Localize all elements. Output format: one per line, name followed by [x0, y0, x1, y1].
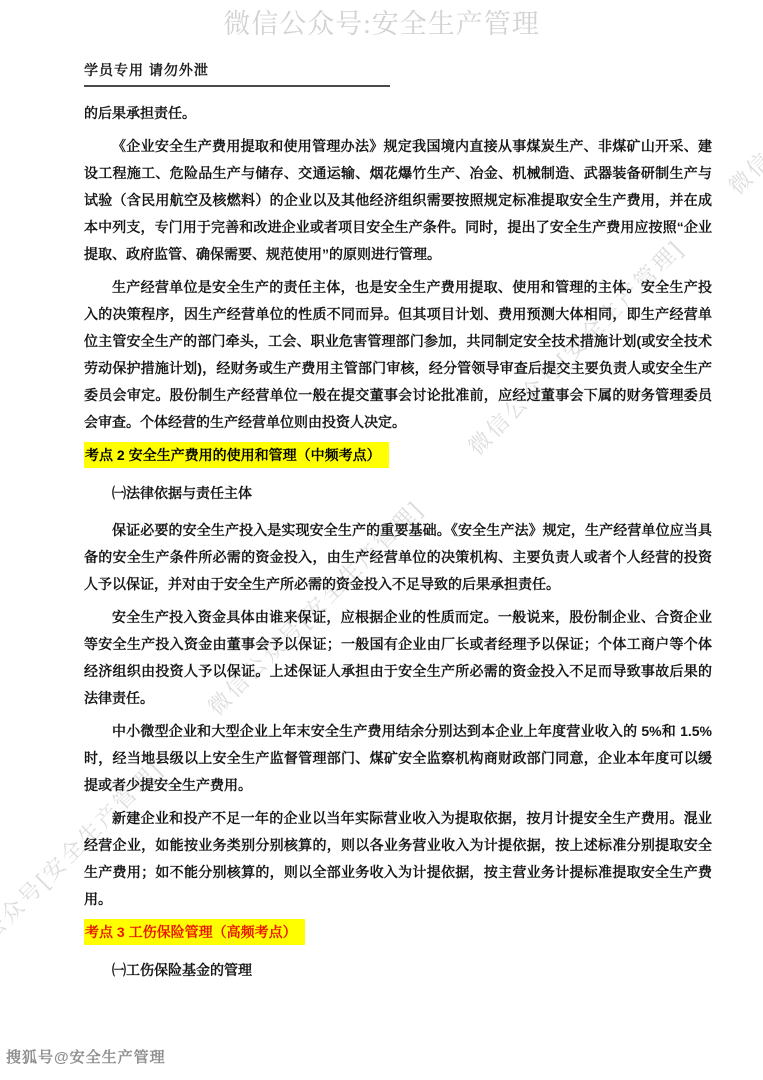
paragraph-continuation: 的后果承担责任。 — [84, 100, 712, 127]
heading-kaodian-2: 考点 2 安全生产费用的使用和管理（中频考点） — [84, 442, 712, 468]
paragraph-fee-balance-percentages: 中小微型企业和大型企业上年末安全生产费用结余分别达到本企业上年度营业收入的 5%… — [84, 718, 712, 799]
paragraph-who-guarantees: 安全生产投入资金具体由谁来保证，应根据企业的性质而定。一般说来，股份制企业、合资… — [84, 604, 712, 712]
subheading-legal-basis: ㈠法律依据与责任主体 — [84, 480, 712, 507]
paragraph-fee-measures: 《企业安全生产费用提取和使用管理办法》规定我国境内直接从事煤炭生产、非煤矿山开采… — [84, 133, 712, 268]
subheading-injury-insurance-fund: ㈠工伤保险基金的管理 — [84, 957, 712, 984]
paragraph-new-enterprises: 新建企业和投产不足一年的企业以当年实际营业收入为提取依据，按月计提安全生产费用。… — [84, 805, 712, 913]
document-body: 的后果承担责任。 《企业安全生产费用提取和使用管理办法》规定我国境内直接从事煤炭… — [84, 100, 712, 994]
footer-label: 搜狐号@安全生产管理 — [6, 1046, 166, 1067]
document-page: 微信公众号:安全生产管理 微信公众号[安全生产管理] 微信公众号[安全生产管理]… — [0, 0, 763, 1080]
heading-kaodian-3: 考点 3 工伤保险管理（高频考点） — [84, 919, 712, 945]
heading-kaodian-3-label: 考点 3 工伤保险管理（高频考点） — [84, 919, 305, 945]
heading-kaodian-2-label: 考点 2 安全生产费用的使用和管理（中频考点） — [84, 442, 389, 468]
paragraph-investment-guarantee: 保证必要的安全生产投入是实现安全生产的重要基础。《安全生产法》规定，生产经营单位… — [84, 517, 712, 598]
confidential-header-label: 学员专用 请勿外泄 — [84, 60, 390, 87]
paragraph-responsibility-subject: 生产经营单位是安全生产的责任主体，也是安全生产费用提取、使用和管理的主体。安全生… — [84, 274, 712, 436]
watermark-top: 微信公众号:安全生产管理 — [0, 2, 763, 41]
